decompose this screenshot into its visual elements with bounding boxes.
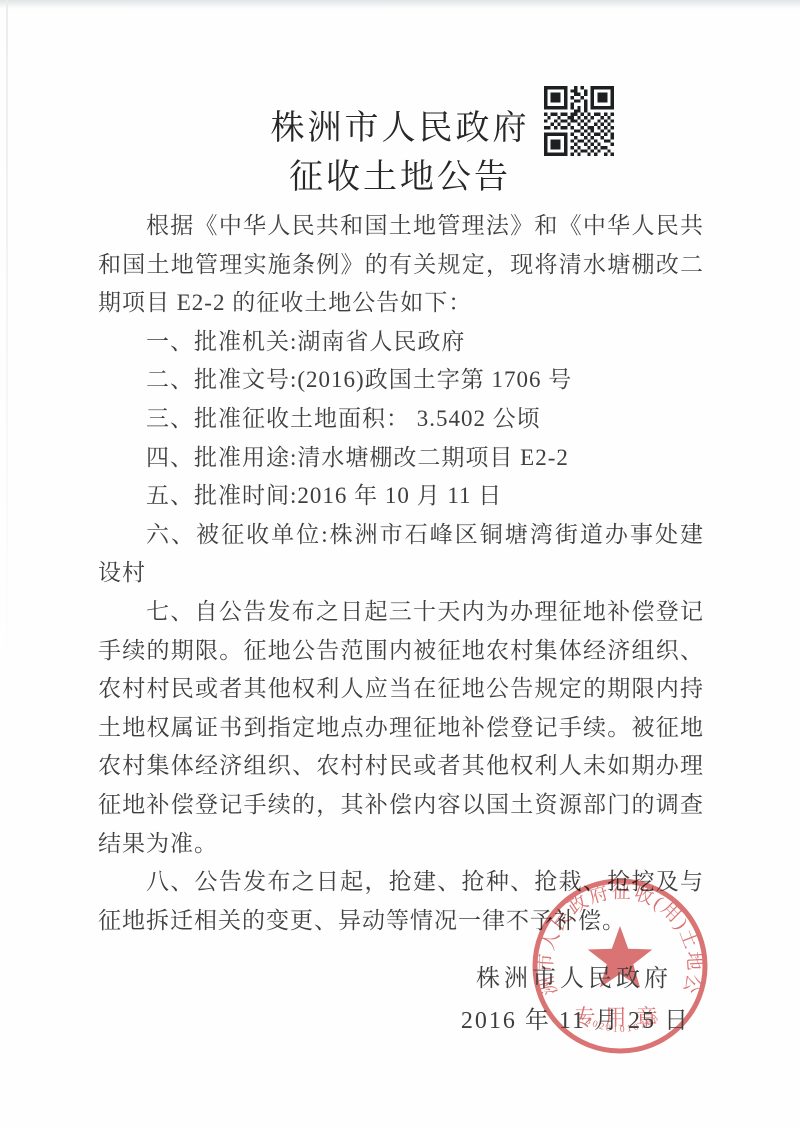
document-title: 株洲市人民政府 征收土地公告: [0, 104, 800, 202]
item-expropriated-unit: 六、被征收单位:株洲市石峰区铜塘湾街道办事处建设村: [98, 516, 704, 593]
paragraph-basis: 根据《中华人民共和国土地管理法》和《中华人民共和国土地管理实施条例》的有关规定，…: [98, 207, 704, 323]
signature-date: 2016 年 11 月 25 日: [0, 1000, 690, 1035]
signature-government: 株洲市人民政府: [0, 958, 672, 993]
document-body: 根据《中华人民共和国土地管理法》和《中华人民共和国土地管理实施条例》的有关规定，…: [98, 207, 704, 940]
item-approval-date: 五、批准时间:2016 年 10 月 11 日: [98, 477, 704, 516]
scanned-document-page: 株洲市人民政府 征收土地公告 根据《中华人民共和国土地管理法》和《中华人民共和国…: [0, 0, 800, 1129]
item-approval-number: 二、批准文号:(2016)政国土字第 1706 号: [98, 361, 704, 400]
item-registration-period: 七、自公告发布之日起三十天内为办理征地补偿登记手续的期限。征地公告范围内被征地农…: [98, 593, 704, 863]
title-line-announcement: 征收土地公告: [0, 153, 800, 202]
item-approved-use: 四、批准用途:清水塘棚改二期项目 E2-2: [98, 439, 704, 478]
item-land-area: 三、批准征收土地面积： 3.5402 公顷: [98, 400, 704, 439]
scan-edge-shadow: [0, 0, 800, 10]
item-approving-authority: 一、批准机关:湖南省人民政府: [98, 323, 704, 362]
title-line-government: 株洲市人民政府: [0, 104, 800, 153]
